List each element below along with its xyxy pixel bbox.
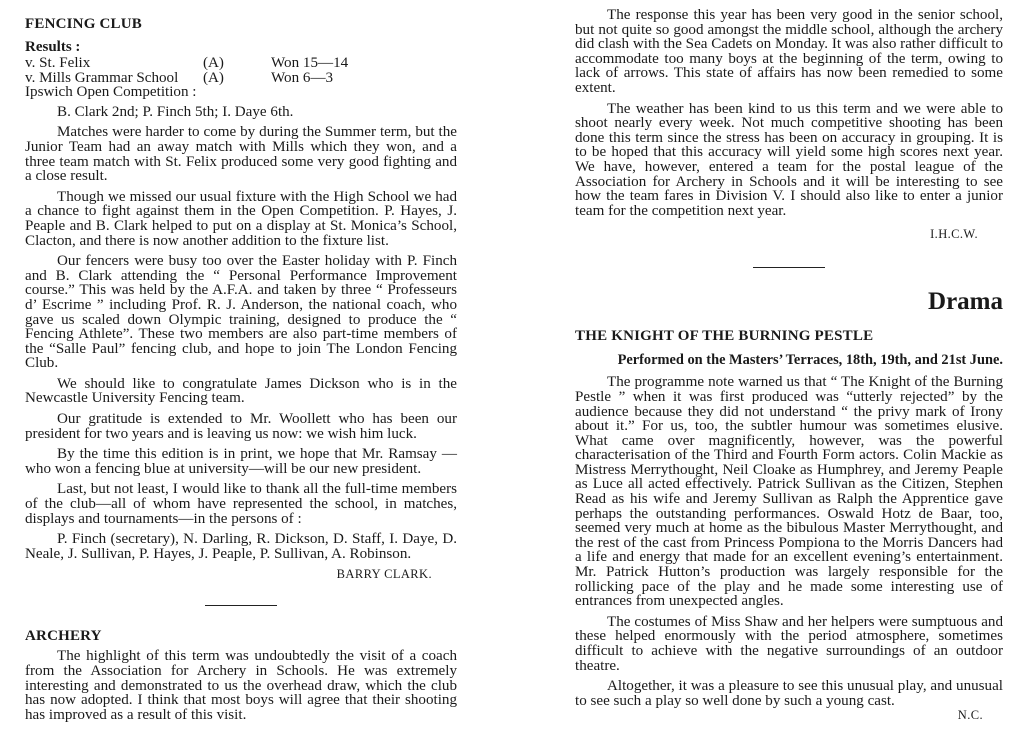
result-venue: (A): [203, 71, 271, 86]
archery-heading: ARCHERY: [25, 628, 457, 645]
fencing-paragraph: We should like to congratulate James Dic…: [25, 377, 457, 406]
result-row: v. St. Felix (A) Won 15—14: [25, 56, 457, 71]
results-table: v. St. Felix (A) Won 15—14 v. Mills Gram…: [25, 56, 457, 85]
result-venue: (A): [203, 56, 271, 71]
fencing-paragraph: Though we missed our usual fixture with …: [25, 190, 457, 248]
result-opponent: v. St. Felix: [25, 56, 203, 71]
right-page-column: The response this year has been very goo…: [575, 0, 1003, 723]
drama-paragraph: Altogether, it was a pleasure to see thi…: [575, 679, 1003, 708]
left-page-column: FENCING CLUB Results : v. St. Felix (A) …: [25, 0, 457, 722]
competition-label: Ipswich Open Competition :: [25, 85, 457, 100]
drama-paragraph: The costumes of Miss Shaw and her helper…: [575, 615, 1003, 673]
competition-result: B. Clark 2nd; P. Finch 5th; I. Daye 6th.: [25, 105, 457, 120]
results-label: Results :: [25, 39, 457, 56]
fencing-paragraph: Matches were harder to come by during th…: [25, 125, 457, 183]
fencing-paragraph: Our gratitude is extended to Mr. Woollet…: [25, 412, 457, 441]
drama-section-title: Drama: [575, 288, 1003, 316]
result-score: Won 15—14: [271, 56, 348, 71]
result-row: v. Mills Grammar School (A) Won 6—3: [25, 71, 457, 86]
drama-paragraph: The programme note warned us that “ The …: [575, 375, 1003, 609]
play-title: THE KNIGHT OF THE BURNING PESTLE: [575, 328, 1003, 345]
result-score: Won 6—3: [271, 71, 333, 86]
fencing-paragraph: Our fencers were busy too over the Easte…: [25, 254, 457, 371]
performance-dates: Performed on the Masters’ Terraces, 18th…: [575, 353, 1003, 368]
fencing-paragraph: Last, but not least, I would like to tha…: [25, 482, 457, 526]
archery-continued-paragraph: The response this year has been very goo…: [575, 8, 1003, 96]
drama-signature: N.C.: [575, 708, 1003, 723]
fencing-club-heading: FENCING CLUB: [25, 16, 457, 33]
fencing-signature: BARRY CLARK.: [25, 567, 457, 582]
archery-signature: I.H.C.W.: [575, 227, 1003, 242]
fencing-paragraph: By the time this edition is in print, we…: [25, 447, 457, 476]
result-opponent: v. Mills Grammar School: [25, 71, 203, 86]
archery-paragraph: The highlight of this term was undoubted…: [25, 649, 457, 722]
fencing-members-list: P. Finch (secretary), N. Darling, R. Dic…: [25, 532, 457, 561]
archery-continued-paragraph: The weather has been kind to us this ter…: [575, 102, 1003, 219]
